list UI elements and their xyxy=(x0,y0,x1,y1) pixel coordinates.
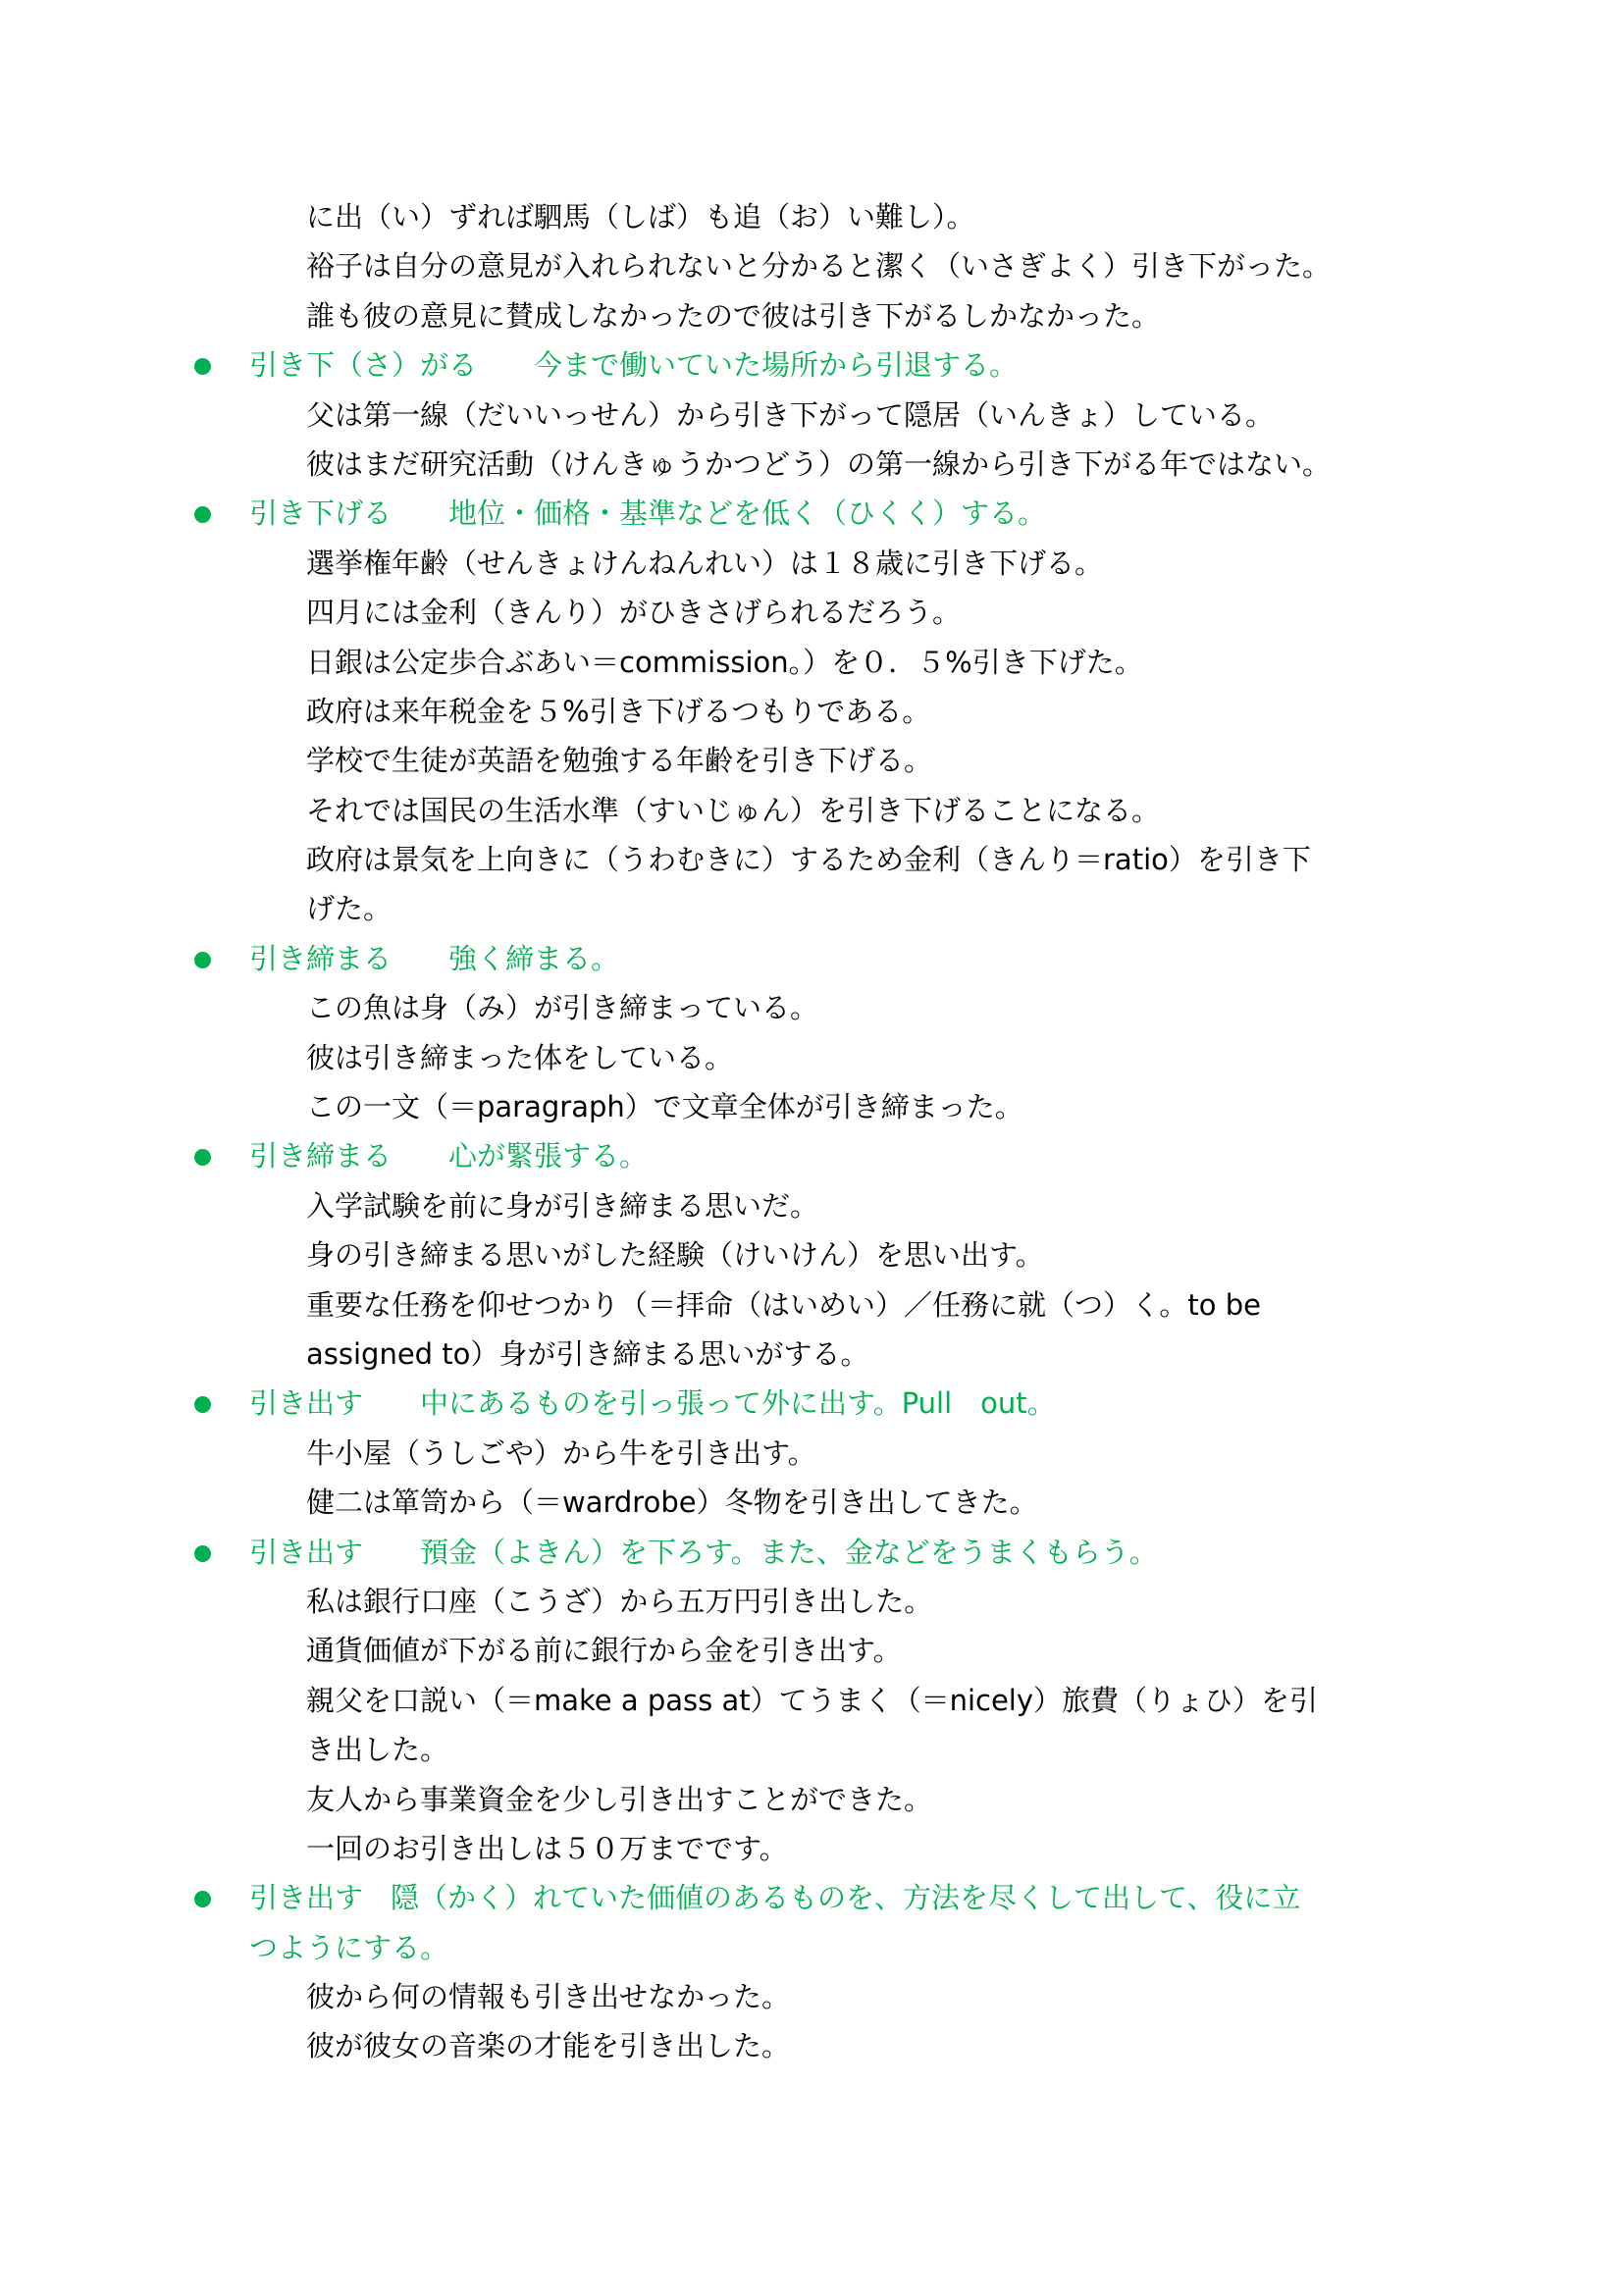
example-line: 牛小屋（うしごや）から牛を引き出す。 xyxy=(0,1429,1624,1478)
example-line: 父は第一線（だいいっせん）から引き下がって隠居（いんきょ）している。 xyxy=(0,391,1624,440)
entry-heading: 引き下（さ）がる今まで働いていた場所から引退する。 xyxy=(0,340,1624,390)
entry-term: 引き締まる xyxy=(249,1139,392,1173)
example-line: 身の引き締まる思いがした経験（けいけん）を思い出す。 xyxy=(0,1230,1624,1279)
entry-term: 引き下（さ）がる xyxy=(249,348,477,382)
example-line: 通貨価値が下がる前に銀行から金を引き出す。 xyxy=(0,1626,1624,1675)
example-line: 入学試験を前に身が引き締まる思いだ。 xyxy=(0,1181,1624,1230)
example-line: 裕子は自分の意見が入れられないと分かると潔く（いさぎよく）引き下がった。 xyxy=(0,241,1624,290)
example-line: 彼は引き締まった体をしている。 xyxy=(0,1033,1624,1082)
entry-heading: 引き出す隠（かく）れていた価値のあるものを、方法を尽くして出して、役に立 xyxy=(0,1873,1624,1922)
example-line: 重要な任務を仰せつかり（＝拝命（はいめい）／任務に就（つ）く。to be xyxy=(0,1280,1624,1330)
example-line: この魚は身（み）が引き締まっている。 xyxy=(0,983,1624,1032)
example-line: 彼が彼女の音楽の才能を引き出した。 xyxy=(0,2021,1624,2070)
entry-heading: 引き締まる心が緊張する。 xyxy=(0,1131,1624,1180)
entry-definition: 強く締まる。 xyxy=(448,942,619,975)
entry-definition: 隠（かく）れていた価値のあるものを、方法を尽くして出して、役に立 xyxy=(391,1881,1300,1914)
entry-definition: 今まで働いていた場所から引退する。 xyxy=(534,348,1018,382)
bullet-icon xyxy=(194,1149,211,1166)
bullet-icon xyxy=(194,358,211,375)
example-line: 親父を口説い（＝make a pass at）てうまく（＝nicely）旅費（り… xyxy=(0,1676,1624,1725)
example-line: 友人から事業資金を少し引き出すことができた。 xyxy=(0,1775,1624,1824)
entry-term: 引き出す xyxy=(249,1386,363,1420)
entry-definition: 心が緊張する。 xyxy=(448,1139,648,1173)
example-line: げた。 xyxy=(0,884,1624,933)
entry-term: 引き下げる xyxy=(249,496,392,530)
bullet-icon xyxy=(194,1891,211,1907)
entry-definition: 中にあるものを引っ張って外に出す。Pull out。 xyxy=(420,1386,1056,1420)
example-line: 日銀は公定歩合ぶあい＝commission。）を０．５%引き下げた。 xyxy=(0,638,1624,687)
entry-heading: 引き出す中にあるものを引っ張って外に出す。Pull out。 xyxy=(0,1379,1624,1428)
example-line: に出（い）ずれば駟馬（しば）も追（お）い難し）。 xyxy=(0,192,1624,241)
bullet-icon xyxy=(194,1545,211,1562)
example-line: き出した。 xyxy=(0,1725,1624,1774)
example-line: 健二は箪笥から（＝wardrobe）冬物を引き出してきた。 xyxy=(0,1478,1624,1527)
example-line: 一回のお引き出しは５０万までです。 xyxy=(0,1824,1624,1873)
bullet-icon xyxy=(194,952,211,968)
entry-term: 引き締まる xyxy=(249,942,392,975)
example-line: 政府は来年税金を５%引き下げるつもりである。 xyxy=(0,687,1624,736)
example-line: それでは国民の生活水準（すいじゅん）を引き下げることになる。 xyxy=(0,786,1624,835)
example-line: 選挙権年齢（せんきょけんねんれい）は１８歳に引き下げる。 xyxy=(0,539,1624,588)
bullet-icon xyxy=(194,1396,211,1413)
example-line: 誰も彼の意見に賛成しなかったので彼は引き下がるしかなかった。 xyxy=(0,291,1624,340)
entry-heading: 引き下げる地位・価格・基準などを低く（ひくく）する。 xyxy=(0,489,1624,538)
document-page: に出（い）ずれば駟馬（しば）も追（お）い難し）。 裕子は自分の意見が入れられない… xyxy=(0,192,1624,2071)
example-line: 彼から何の情報も引き出せなかった。 xyxy=(0,1972,1624,2021)
example-line: assigned to）身が引き締まる思いがする。 xyxy=(0,1330,1624,1379)
example-line: 政府は景気を上向きに（うわむきに）するため金利（きんり＝ratio）を引き下 xyxy=(0,835,1624,884)
entry-definition-continued: つようにする。 xyxy=(0,1923,1624,1972)
example-line: 彼はまだ研究活動（けんきゅうかつどう）の第一線から引き下がる年ではない。 xyxy=(0,440,1624,489)
entry-definition: 預金（よきん）を下ろす。また、金などをうまくもらう。 xyxy=(420,1536,1158,1569)
example-line: この一文（＝paragraph）で文章全体が引き締まった。 xyxy=(0,1082,1624,1131)
entry-term: 引き出す xyxy=(249,1536,363,1569)
entry-term: 引き出す xyxy=(249,1881,363,1914)
entry-heading: 引き出す預金（よきん）を下ろす。また、金などをうまくもらう。 xyxy=(0,1528,1624,1577)
entry-heading: 引き締まる強く締まる。 xyxy=(0,934,1624,983)
bullet-icon xyxy=(194,506,211,523)
example-line: 学校で生徒が英語を勉強する年齢を引き下げる。 xyxy=(0,736,1624,785)
example-line: 私は銀行口座（こうざ）から五万円引き出した。 xyxy=(0,1577,1624,1626)
example-line: 四月には金利（きんり）がひきさげられるだろう。 xyxy=(0,588,1624,637)
entry-definition: 地位・価格・基準などを低く（ひくく）する。 xyxy=(448,496,1046,530)
